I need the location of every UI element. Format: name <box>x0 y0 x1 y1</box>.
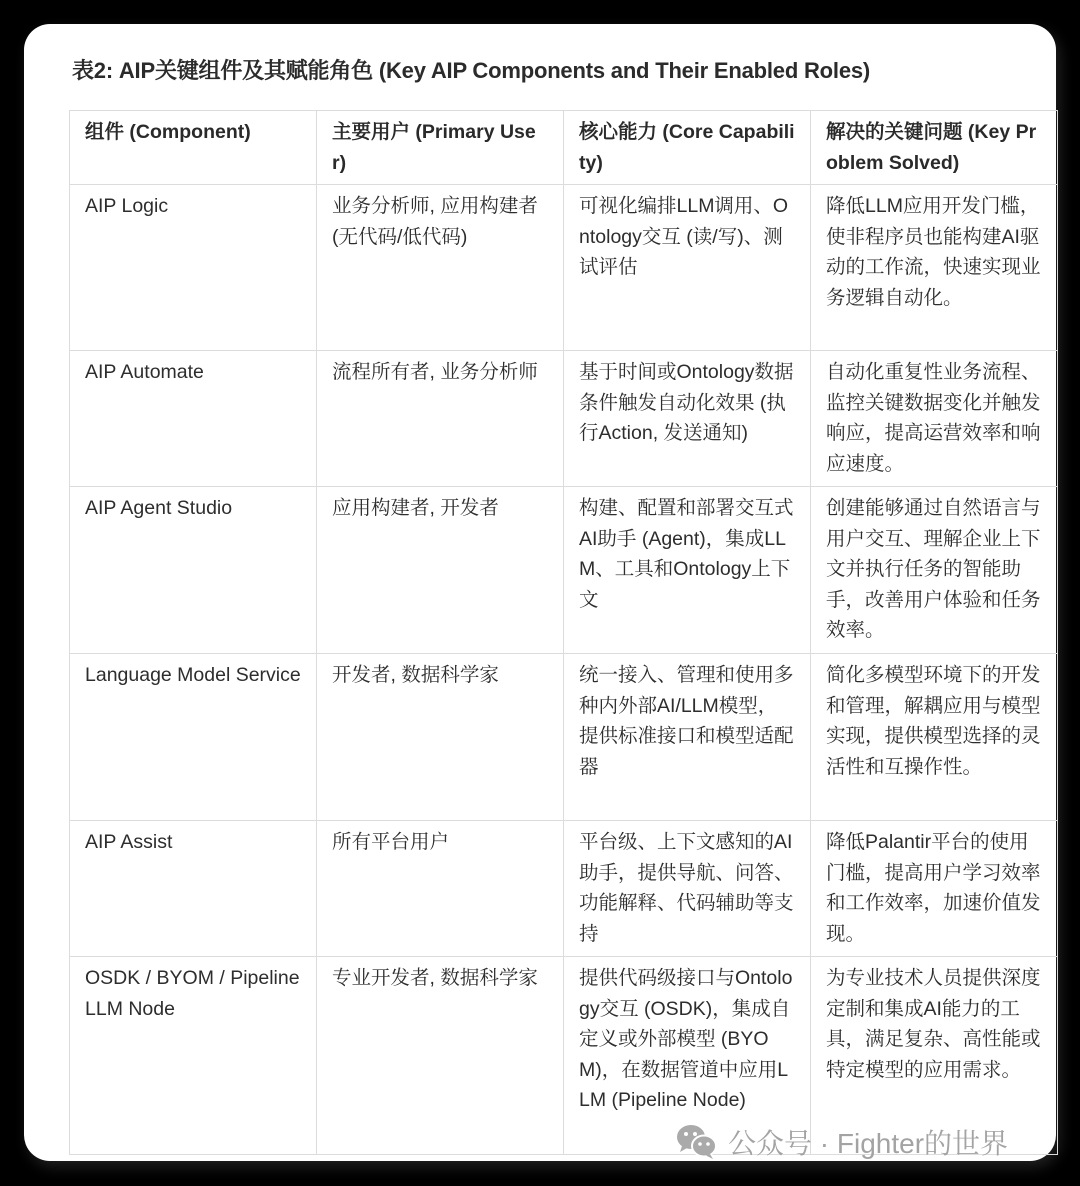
table-header-row: 组件 (Component) 主要用户 (Primary User) 核心能力 … <box>70 111 1058 185</box>
cell-component: OSDK / BYOM / Pipeline LLM Node <box>70 957 317 1155</box>
table-row: AIP Logic 业务分析师, 应用构建者 (无代码/低代码) 可视化编排LL… <box>70 185 1058 351</box>
header-component: 组件 (Component) <box>70 111 317 185</box>
cell-key-problem: 降低LLM应用开发门槛，使非程序员也能构建AI驱动的工作流，快速实现业务逻辑自动… <box>811 185 1058 351</box>
cell-core-capability: 平台级、上下文感知的AI助手，提供导航、问答、功能解释、代码辅助等支持 <box>564 821 811 957</box>
header-core-capability: 核心能力 (Core Capability) <box>564 111 811 185</box>
cell-key-problem: 创建能够通过自然语言与用户交互、理解企业上下文并执行任务的智能助手，改善用户体验… <box>811 487 1058 654</box>
cell-core-capability: 构建、配置和部署交互式AI助手 (Agent)，集成LLM、工具和Ontolog… <box>564 487 811 654</box>
cell-key-problem: 简化多模型环境下的开发和管理，解耦应用与模型实现，提供模型选择的灵活性和互操作性… <box>811 654 1058 821</box>
table-row: AIP Agent Studio 应用构建者, 开发者 构建、配置和部署交互式A… <box>70 487 1058 654</box>
header-key-problem: 解决的关键问题 (Key Problem Solved) <box>811 111 1058 185</box>
cell-component: AIP Agent Studio <box>70 487 317 654</box>
cell-component: Language Model Service <box>70 654 317 821</box>
header-primary-user: 主要用户 (Primary User) <box>317 111 564 185</box>
table-row: AIP Automate 流程所有者, 业务分析师 基于时间或Ontology数… <box>70 351 1058 487</box>
cell-primary-user: 应用构建者, 开发者 <box>317 487 564 654</box>
cell-primary-user: 业务分析师, 应用构建者 (无代码/低代码) <box>317 185 564 351</box>
cell-key-problem: 降低Palantir平台的使用门槛，提高用户学习效率和工作效率，加速价值发现。 <box>811 821 1058 957</box>
cell-primary-user: 流程所有者, 业务分析师 <box>317 351 564 487</box>
table-title: 表2: AIP关键组件及其赋能角色 (Key AIP Components an… <box>72 54 870 85</box>
cell-key-problem: 自动化重复性业务流程、监控关键数据变化并触发响应，提高运营效率和响应速度。 <box>811 351 1058 487</box>
components-table: 组件 (Component) 主要用户 (Primary User) 核心能力 … <box>69 110 1058 1155</box>
watermark: 公众号 · Fighter的世界 <box>676 1122 1008 1162</box>
watermark-text: 公众号 · Fighter的世界 <box>728 1122 1008 1162</box>
table-row: Language Model Service 开发者, 数据科学家 统一接入、管… <box>70 654 1058 821</box>
cell-core-capability: 统一接入、管理和使用多种内外部AI/LLM模型，提供标准接口和模型适配器 <box>564 654 811 821</box>
wechat-icon <box>676 1124 718 1160</box>
table-card: 表2: AIP关键组件及其赋能角色 (Key AIP Components an… <box>24 24 1056 1161</box>
cell-component: AIP Logic <box>70 185 317 351</box>
cell-core-capability: 基于时间或Ontology数据条件触发自动化效果 (执行Action, 发送通知… <box>564 351 811 487</box>
cell-core-capability: 可视化编排LLM调用、Ontology交互 (读/写)、测试评估 <box>564 185 811 351</box>
cell-component: AIP Automate <box>70 351 317 487</box>
cell-component: AIP Assist <box>70 821 317 957</box>
table-row: AIP Assist 所有平台用户 平台级、上下文感知的AI助手，提供导航、问答… <box>70 821 1058 957</box>
cell-primary-user: 所有平台用户 <box>317 821 564 957</box>
cell-primary-user: 专业开发者, 数据科学家 <box>317 957 564 1155</box>
cell-primary-user: 开发者, 数据科学家 <box>317 654 564 821</box>
